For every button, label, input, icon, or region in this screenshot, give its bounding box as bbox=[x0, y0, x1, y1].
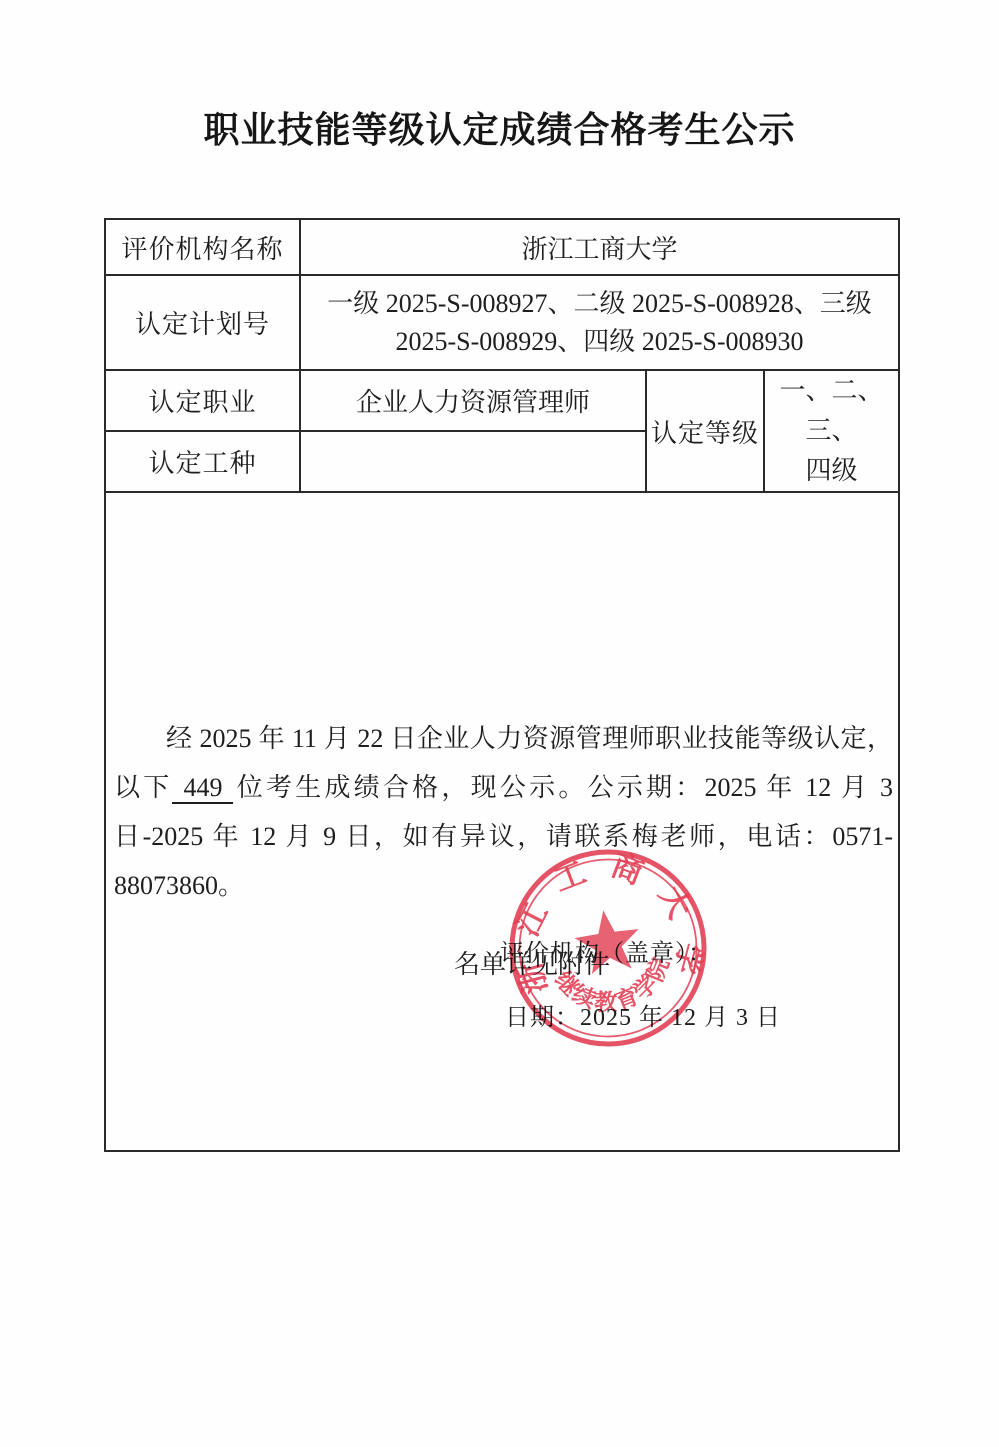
signature-label: 评价机构（盖章）： bbox=[500, 933, 713, 968]
notice-paragraph: 经 2025 年 11 月 22 日企业人力资源管理师职业技能等级认定，以下44… bbox=[114, 714, 893, 910]
worktype-value bbox=[300, 431, 646, 492]
occupation-value: 企业人力资源管理师 bbox=[300, 370, 646, 431]
plan-number-value: 一级 2025-S-008927、二级 2025-S-008928、三级 202… bbox=[300, 275, 899, 370]
table-row-plan: 认定计划号 一级 2025-S-008927、二级 2025-S-008928、… bbox=[105, 275, 899, 370]
level-value: 一、二、三、 四级 bbox=[764, 370, 899, 492]
table-row-occupation: 认定职业 企业人力资源管理师 认定等级 一、二、三、 四级 bbox=[105, 370, 899, 431]
occupation-label: 认定职业 bbox=[105, 370, 300, 431]
table-row-content: 经 2025 年 11 月 22 日企业人力资源管理师职业技能等级认定，以下44… bbox=[105, 492, 899, 1151]
page-title: 职业技能等级认定成绩合格考生公示 bbox=[0, 102, 999, 153]
notice-content-cell: 经 2025 年 11 月 22 日企业人力资源管理师职业技能等级认定，以下44… bbox=[105, 492, 899, 1151]
plan-number-label: 认定计划号 bbox=[105, 275, 300, 370]
worktype-label: 认定工种 bbox=[105, 431, 300, 492]
notice-document: 职业技能等级认定成绩合格考生公示 评价机构名称 浙江工商大学 认定计划号 一级 … bbox=[0, 0, 999, 1447]
org-name-label: 评价机构名称 bbox=[105, 219, 300, 275]
org-name-value: 浙江工商大学 bbox=[300, 219, 899, 275]
table-row-org: 评价机构名称 浙江工商大学 bbox=[105, 219, 899, 275]
level-label: 认定等级 bbox=[646, 370, 764, 492]
certification-info-table: 评价机构名称 浙江工商大学 认定计划号 一级 2025-S-008927、二级 … bbox=[104, 218, 900, 1152]
candidate-count: 449 bbox=[172, 773, 233, 804]
date-line: 日期：2025 年 12 月 3 日 bbox=[505, 997, 781, 1032]
